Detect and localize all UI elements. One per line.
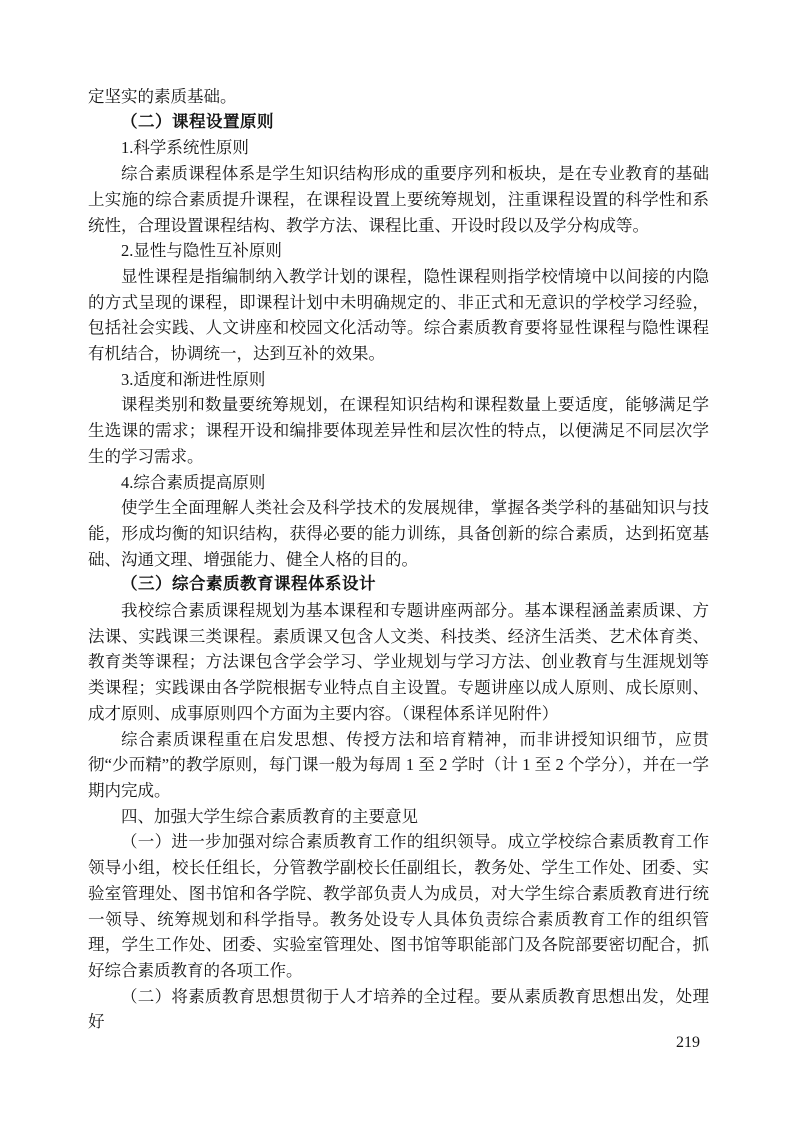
paragraph-continuation: 定坚实的素质基础。 bbox=[88, 84, 709, 110]
paragraph: 综合素质课程体系是学生知识结构形成的重要序列和板块，是在专业教育的基础上实施的综… bbox=[88, 161, 709, 238]
numbered-subheading-1: 1.科学系统性原则 bbox=[88, 135, 709, 161]
paragraph: （一）进一步加强对综合素质教育工作的组织领导。成立学校综合素质教育工作领导小组，… bbox=[88, 829, 709, 983]
numbered-subheading-2: 2.显性与隐性互补原则 bbox=[88, 238, 709, 264]
numbered-subheading-3: 3.适度和渐进性原则 bbox=[88, 367, 709, 393]
section-heading-2: （二）课程设置原则 bbox=[88, 110, 709, 136]
chapter-heading-4: 四、加强大学生综合素质教育的主要意见 bbox=[88, 804, 709, 830]
page-number: 219 bbox=[676, 1033, 700, 1053]
page-body-text: 定坚实的素质基础。 （二）课程设置原则 1.科学系统性原则 综合素质课程体系是学… bbox=[88, 84, 709, 1035]
document-page: 定坚实的素质基础。 （二）课程设置原则 1.科学系统性原则 综合素质课程体系是学… bbox=[0, 0, 795, 1124]
paragraph: （二）将素质教育思想贯彻于人才培养的全过程。要从素质教育思想出发，处理好 bbox=[88, 984, 709, 1035]
paragraph: 显性课程是指编制纳入教学计划的课程，隐性课程则指学校情境中以间接的内隐的方式呈现… bbox=[88, 264, 709, 367]
paragraph: 课程类别和数量要统筹规划，在课程知识结构和课程数量上要适度，能够满足学生选课的需… bbox=[88, 392, 709, 469]
section-heading-3: （三）综合素质教育课程体系设计 bbox=[88, 572, 709, 598]
numbered-subheading-4: 4.综合素质提高原则 bbox=[88, 470, 709, 496]
paragraph: 我校综合素质课程规划为基本课程和专题讲座两部分。基本课程涵盖素质课、方法课、实践… bbox=[88, 598, 709, 727]
paragraph: 综合素质课程重在启发思想、传授方法和培育精神，而非讲授知识细节，应贯彻“少而精”… bbox=[88, 727, 709, 804]
paragraph: 使学生全面理解人类社会及科学技术的发展规律，掌握各类学科的基础知识与技能，形成均… bbox=[88, 495, 709, 572]
